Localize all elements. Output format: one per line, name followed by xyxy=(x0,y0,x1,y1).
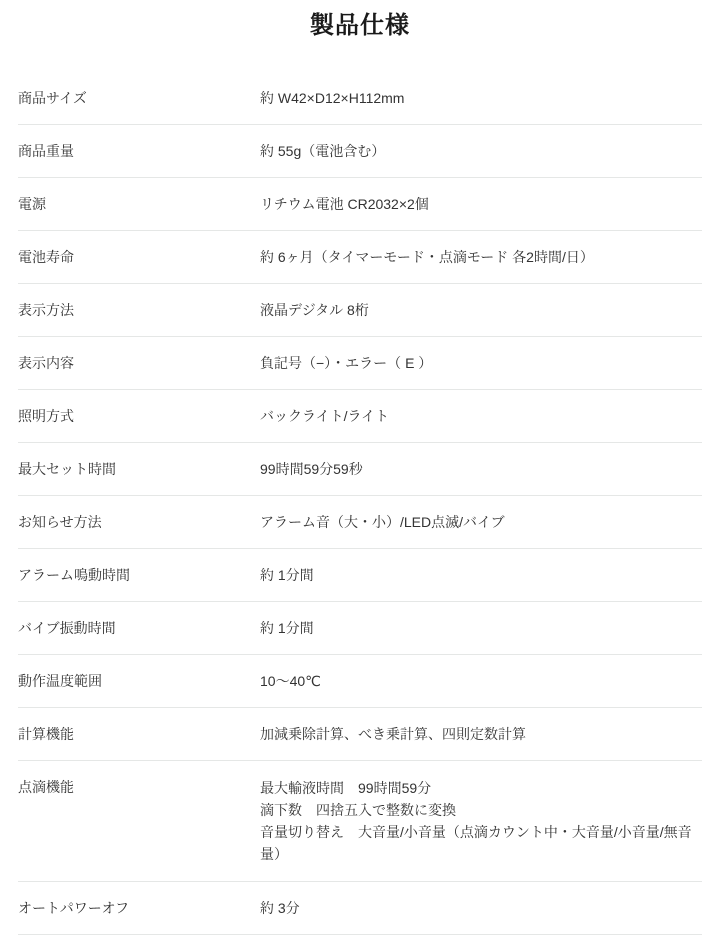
spec-row-power-source: 電源 リチウム電池 CR2032×2個 xyxy=(18,178,702,231)
spec-value: 約 55g（電池含む） xyxy=(260,141,702,161)
spec-value: 液晶デジタル 8桁 xyxy=(260,300,702,320)
spec-label: 最大セット時間 xyxy=(18,459,260,479)
spec-label: 電池寿命 xyxy=(18,247,260,267)
spec-label: 商品重量 xyxy=(18,141,260,161)
spec-label: 照明方式 xyxy=(18,406,260,426)
spec-value: 約 W42×D12×H112mm xyxy=(260,88,702,108)
spec-value: 約 1分間 xyxy=(260,618,702,638)
spec-row-product-size: 商品サイズ 約 W42×D12×H112mm xyxy=(18,72,702,125)
spec-row-operating-temperature: 動作温度範囲 10〜40℃ xyxy=(18,655,702,708)
spec-value: 99時間59分59秒 xyxy=(260,459,702,479)
spec-label: お知らせ方法 xyxy=(18,512,260,532)
spec-value: 最大輸液時間 99時間59分 滴下数 四捨五入で整数に変換 音量切り替え 大音量… xyxy=(260,777,702,865)
spec-row-vibration-duration: バイブ振動時間 約 1分間 xyxy=(18,602,702,655)
spec-value: 約 6ヶ月（タイマーモード・点滴モード 各2時間/日） xyxy=(260,247,702,267)
spec-value: アラーム音（大・小）/LED点滅/バイブ xyxy=(260,512,702,532)
spec-label: アラーム鳴動時間 xyxy=(18,565,260,585)
spec-row-battery-life: 電池寿命 約 6ヶ月（タイマーモード・点滴モード 各2時間/日） xyxy=(18,231,702,284)
spec-value: 負記号（−）・エラー（ E ） xyxy=(260,353,702,373)
spec-label: 点滴機能 xyxy=(18,777,260,797)
spec-label: 動作温度範囲 xyxy=(18,671,260,691)
spec-row-display-method: 表示方法 液晶デジタル 8桁 xyxy=(18,284,702,337)
spec-table: 商品サイズ 約 W42×D12×H112mm 商品重量 約 55g（電池含む） … xyxy=(18,72,702,935)
spec-row-max-set-time: 最大セット時間 99時間59分59秒 xyxy=(18,443,702,496)
spec-value-line: 音量切り替え 大音量/小音量（点滴カウント中・大音量/小音量/無音量） xyxy=(260,821,702,865)
spec-row-notification-method: お知らせ方法 アラーム音（大・小）/LED点滅/バイブ xyxy=(18,496,702,549)
spec-label: 表示内容 xyxy=(18,353,260,373)
spec-label: 計算機能 xyxy=(18,724,260,744)
spec-value: リチウム電池 CR2032×2個 xyxy=(260,194,702,214)
spec-row-lighting-method: 照明方式 バックライト/ライト xyxy=(18,390,702,443)
spec-label: 電源 xyxy=(18,194,260,214)
page-header: 製品仕様 xyxy=(0,0,720,42)
product-spec-page: 製品仕様 商品サイズ 約 W42×D12×H112mm 商品重量 約 55g（電… xyxy=(0,0,720,935)
spec-value-line: 滴下数 四捨五入で整数に変換 xyxy=(260,799,702,821)
spec-value: 約 1分間 xyxy=(260,565,702,585)
spec-value-line: 最大輸液時間 99時間59分 xyxy=(260,777,702,799)
spec-row-product-weight: 商品重量 約 55g（電池含む） xyxy=(18,125,702,178)
page-title: 製品仕様 xyxy=(0,10,720,42)
spec-value: 約 3分 xyxy=(260,898,702,918)
spec-value: バックライト/ライト xyxy=(260,406,702,426)
spec-label: バイブ振動時間 xyxy=(18,618,260,638)
spec-row-drip-function: 点滴機能 最大輸液時間 99時間59分 滴下数 四捨五入で整数に変換 音量切り替… xyxy=(18,761,702,882)
spec-row-display-content: 表示内容 負記号（−）・エラー（ E ） xyxy=(18,337,702,390)
spec-label: 表示方法 xyxy=(18,300,260,320)
spec-row-auto-power-off: オートパワーオフ 約 3分 xyxy=(18,882,702,935)
spec-label: 商品サイズ xyxy=(18,88,260,108)
spec-value: 10〜40℃ xyxy=(260,671,702,691)
spec-row-alarm-duration: アラーム鳴動時間 約 1分間 xyxy=(18,549,702,602)
spec-row-calculation-function: 計算機能 加減乗除計算、べき乗計算、四則定数計算 xyxy=(18,708,702,761)
spec-value: 加減乗除計算、べき乗計算、四則定数計算 xyxy=(260,724,702,744)
spec-label: オートパワーオフ xyxy=(18,898,260,918)
